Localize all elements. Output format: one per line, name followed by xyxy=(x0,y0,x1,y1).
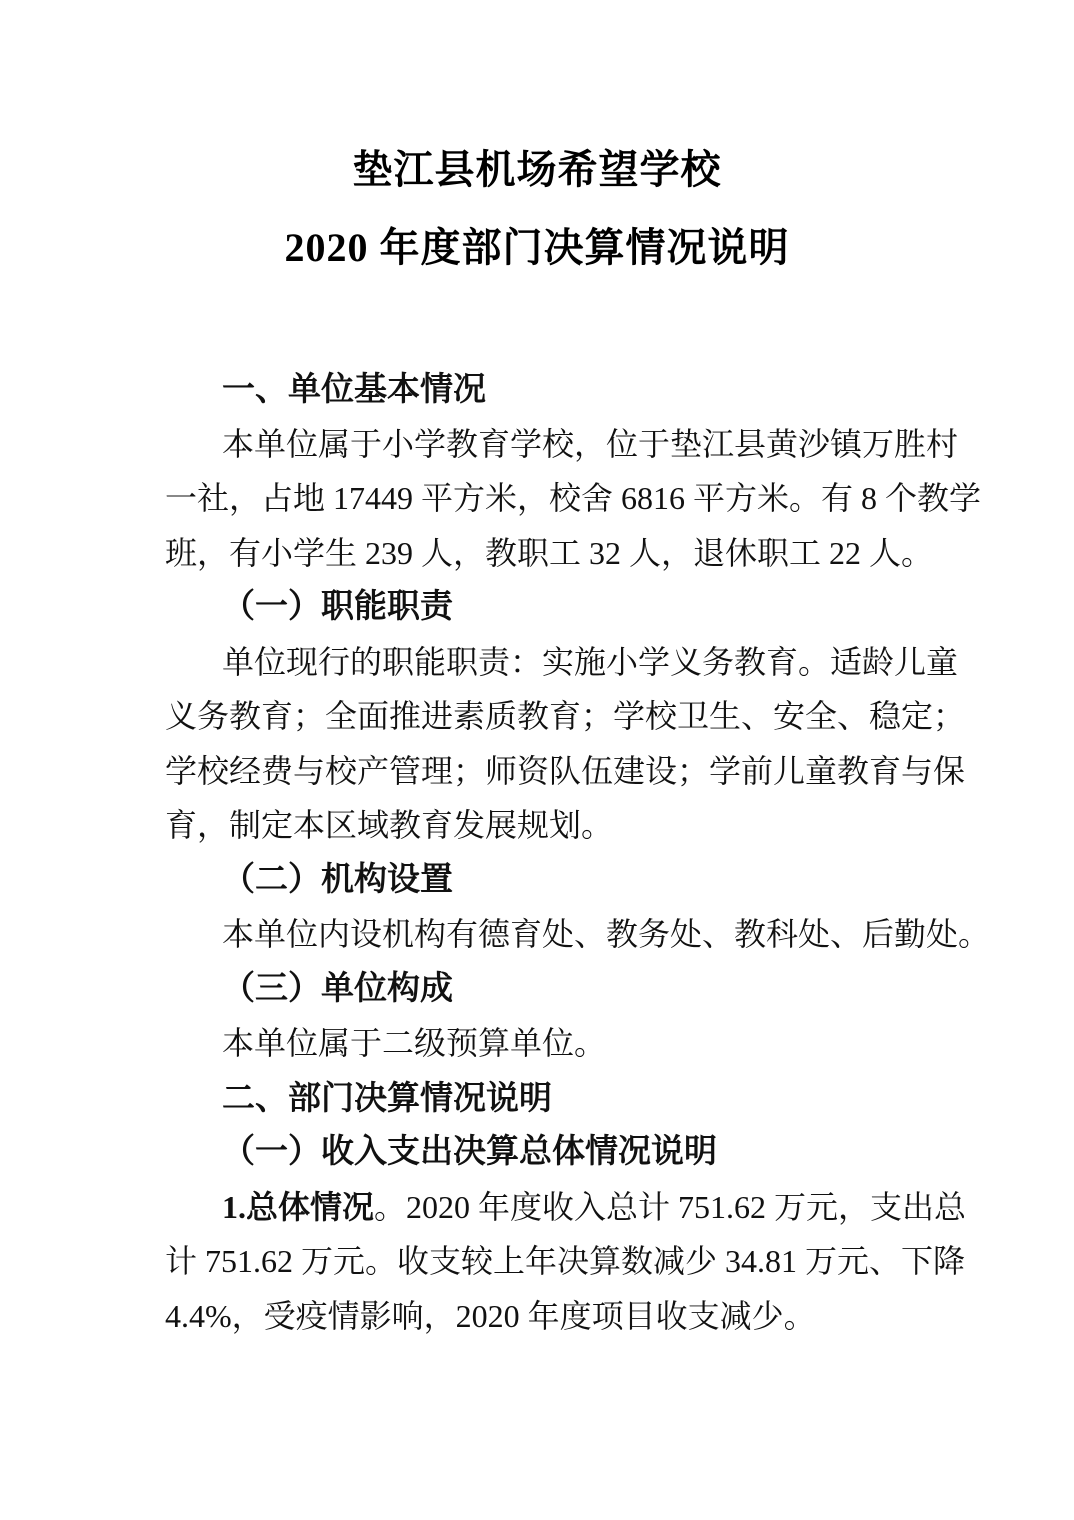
document-title: 垫江县机场希望学校 2020 年度部门决算情况说明 xyxy=(0,131,1074,287)
text-line: 单位现行的职能职责：实施小学义务教育。适龄儿童 xyxy=(165,635,925,690)
document-title-line1: 垫江县机场希望学校 xyxy=(0,131,1074,209)
subsection-heading: （一）职能职责 xyxy=(165,580,925,635)
document-page: 垫江县机场希望学校 2020 年度部门决算情况说明 一、单位基本情况本单位属于小… xyxy=(0,0,1074,1520)
document-body: 一、单位基本情况本单位属于小学教育学校，位于垫江县黄沙镇万胜村一社，占地 174… xyxy=(165,362,925,1343)
text-line: 计 751.62 万元。收支较上年决算数减少 34.81 万元、下降 xyxy=(165,1234,925,1289)
bold-lead-text: 1.总体情况 xyxy=(222,1189,374,1225)
text-line: 育，制定本区域教育发展规划。 xyxy=(165,798,925,853)
subsection-heading: （二）机构设置 xyxy=(165,853,925,908)
text-line: 学校经费与校产管理；师资队伍建设；学前儿童教育与保 xyxy=(165,744,925,799)
document-title-line2: 2020 年度部门决算情况说明 xyxy=(0,209,1074,287)
subsection-heading: （三）单位构成 xyxy=(165,962,925,1017)
subsection-heading: （一）收入支出决算总体情况说明 xyxy=(165,1125,925,1180)
text-line: 义务教育；全面推进素质教育；学校卫生、安全、稳定； xyxy=(165,689,925,744)
text-line: 班，有小学生 239 人，教职工 32 人，退休职工 22 人。 xyxy=(165,526,925,581)
text-line: 1.总体情况。2020 年度收入总计 751.62 万元，支出总 xyxy=(165,1180,925,1235)
section-heading: 一、单位基本情况 xyxy=(165,362,925,417)
text-run: 。2020 年度收入总计 751.62 万元，支出总 xyxy=(374,1189,966,1225)
text-line: 本单位内设机构有德育处、教务处、教科处、后勤处。 xyxy=(165,907,925,962)
text-line: 本单位属于二级预算单位。 xyxy=(165,1016,925,1071)
text-line: 4.4%，受疫情影响，2020 年度项目收支减少。 xyxy=(165,1289,925,1344)
text-line: 一社，占地 17449 平方米，校舍 6816 平方米。有 8 个教学 xyxy=(165,471,925,526)
text-line: 本单位属于小学教育学校，位于垫江县黄沙镇万胜村 xyxy=(165,417,925,472)
section-heading: 二、部门决算情况说明 xyxy=(165,1071,925,1126)
